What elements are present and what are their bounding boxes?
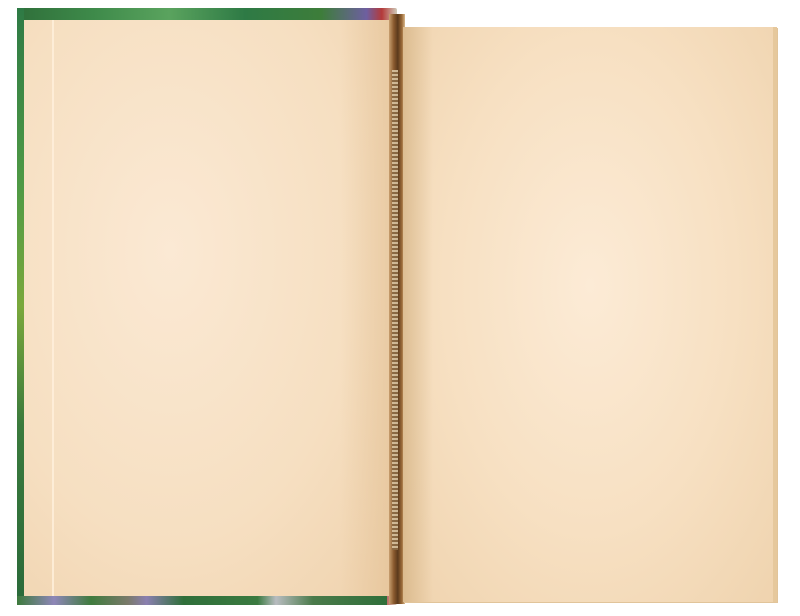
right-blank-page [403,27,777,602]
cover-edge-left [17,8,24,605]
cover-edge-bottom [17,596,387,605]
endpaper-fold-line [52,20,54,596]
left-endpaper [24,20,390,596]
right-page-edge [773,27,777,602]
binding-thread [392,70,398,550]
right-page-gutter-shadow [403,27,433,602]
endpaper-hinge-shadow [340,20,390,596]
